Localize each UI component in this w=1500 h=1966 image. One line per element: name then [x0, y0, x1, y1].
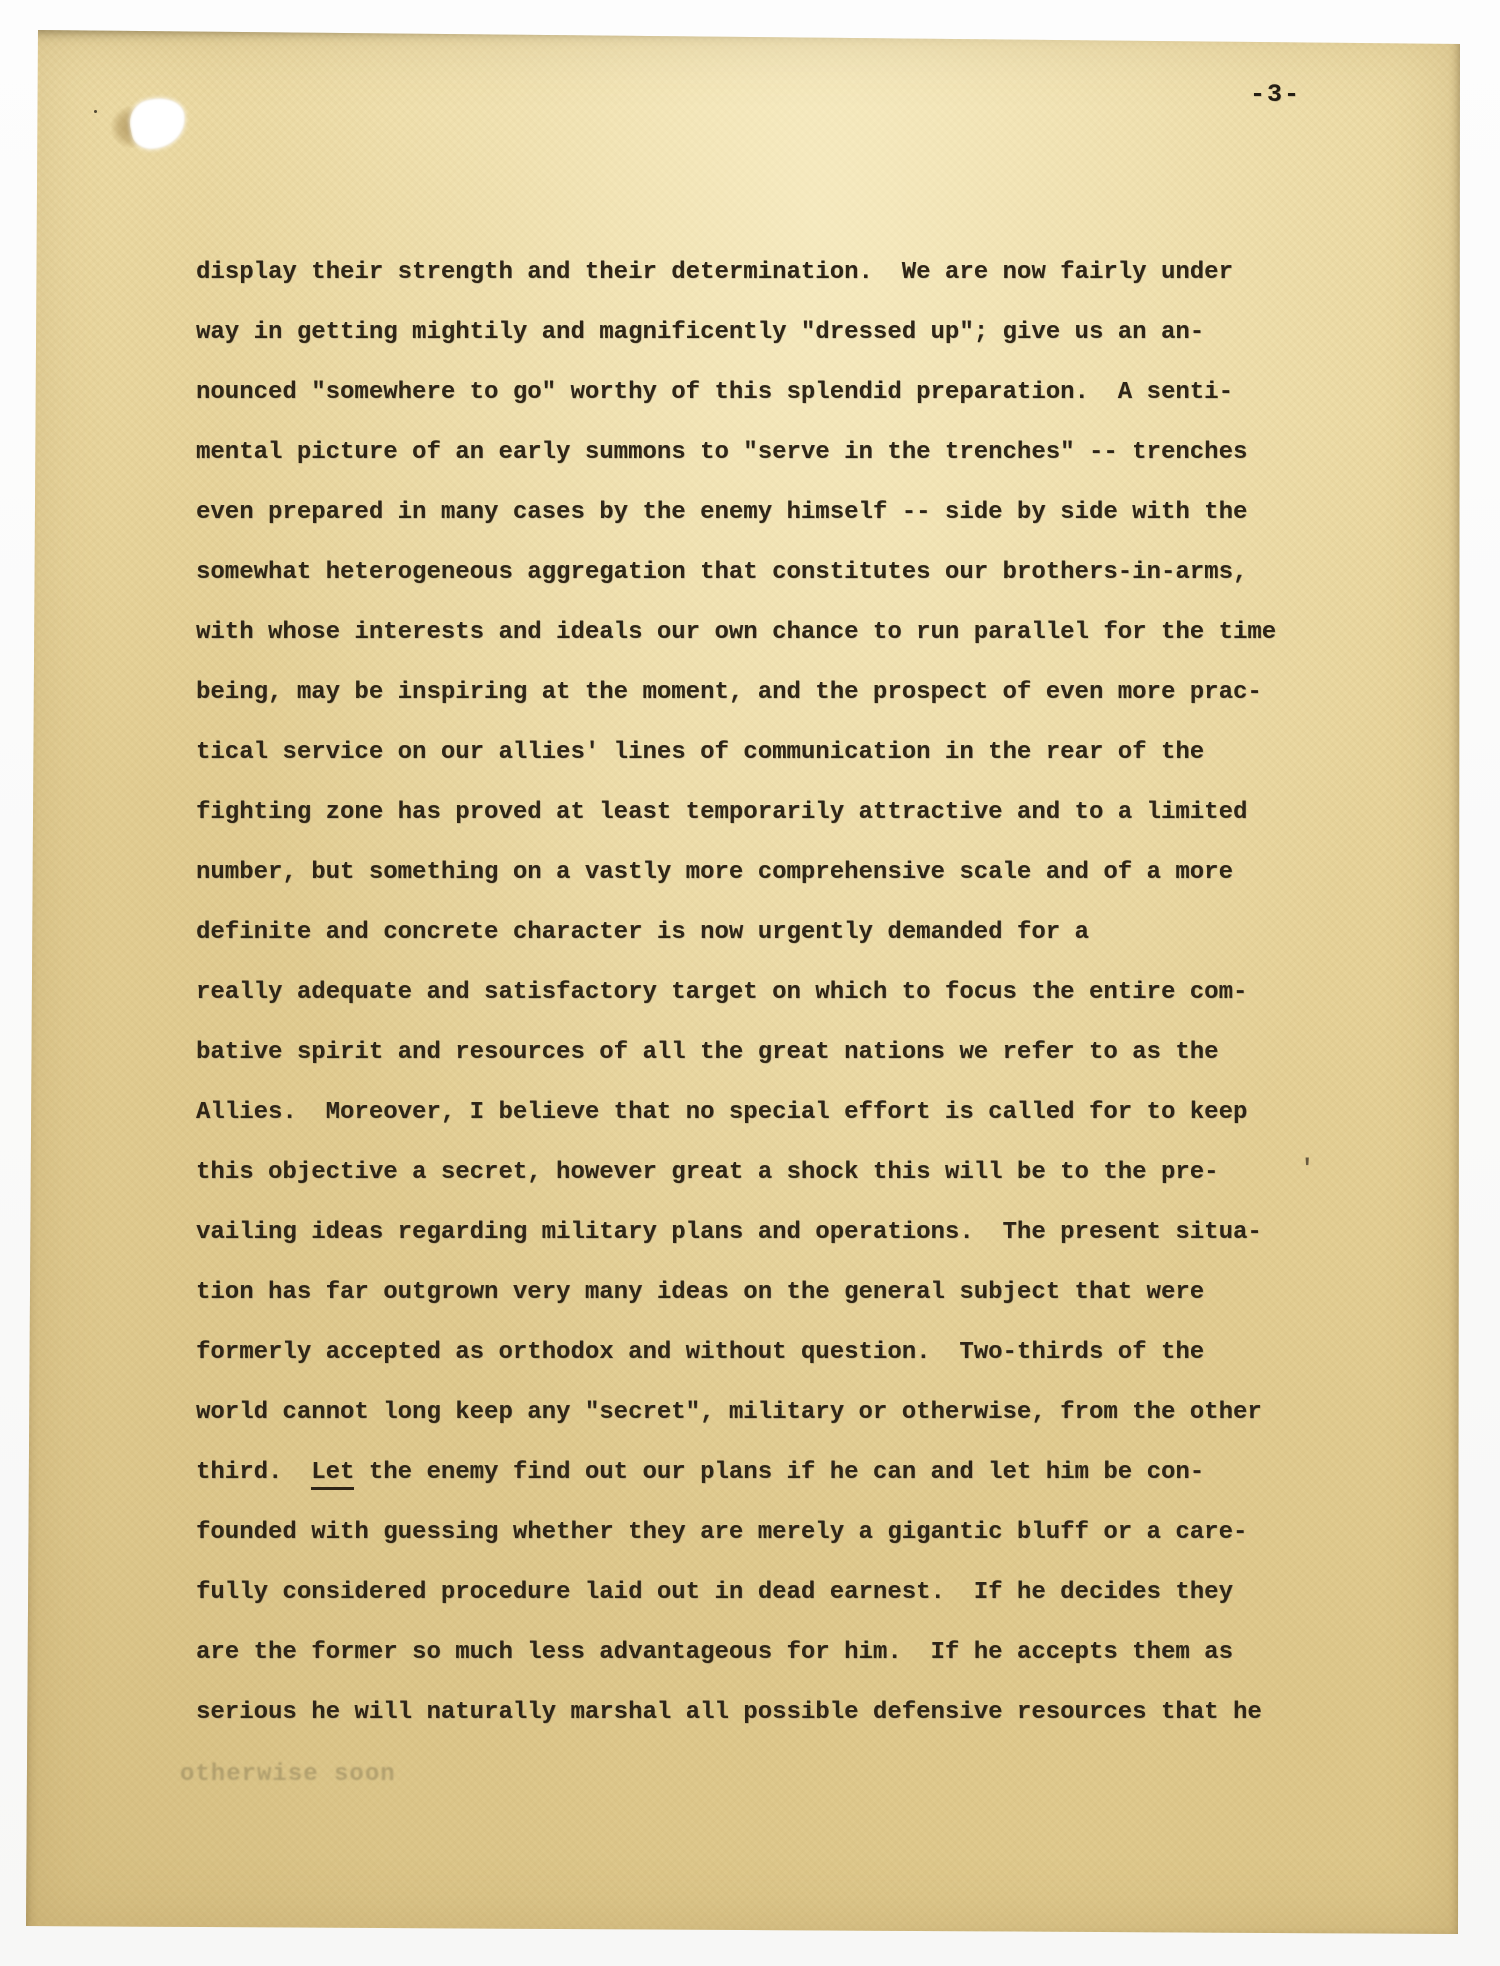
typed-line: way in getting mightily and magnificentl… [196, 303, 1336, 363]
scan-canvas: { "page": { "page_number": "-3-", "body_… [0, 0, 1500, 1966]
typed-line: nounced "somewhere to go" worthy of this… [196, 363, 1336, 423]
typed-line: definite and concrete character is now u… [196, 903, 1336, 963]
typed-line: mental picture of an early summons to "s… [196, 423, 1336, 483]
typed-line: display their strength and their determi… [196, 243, 1336, 303]
typed-line: this objective a secret, however great a… [196, 1143, 1336, 1203]
typed-line: serious he will naturally marshal all po… [196, 1683, 1336, 1743]
paper-sheet: -3- display their strength and their det… [26, 30, 1460, 1934]
underlined-word: Let [311, 1459, 354, 1490]
typed-line: tical service on our allies' lines of co… [196, 723, 1336, 783]
typed-line: somewhat heterogeneous aggregation that … [196, 543, 1336, 603]
typed-line: Allies. Moreover, I believe that no spec… [196, 1083, 1336, 1143]
typed-line: number, but something on a vastly more c… [196, 843, 1336, 903]
page-number: -3- [1250, 80, 1301, 109]
typed-line: with whose interests and ideals our own … [196, 603, 1336, 663]
typed-line: formerly accepted as orthodox and withou… [196, 1323, 1336, 1383]
typed-line: third. Let the enemy find out our plans … [196, 1443, 1336, 1503]
ghost-bleedthrough-text: otherwise soon [180, 1755, 396, 1795]
typed-line: fighting zone has proved at least tempor… [196, 783, 1336, 843]
typed-line: fully considered procedure laid out in d… [196, 1563, 1336, 1623]
typed-line: world cannot long keep any "secret", mil… [196, 1383, 1336, 1443]
typed-line: bative spirit and resources of all the g… [196, 1023, 1336, 1083]
stray-ink-mark: ' [1300, 1156, 1314, 1183]
typed-line: founded with guessing whether they are m… [196, 1503, 1336, 1563]
typed-text-block: display their strength and their determi… [196, 243, 1336, 1743]
typed-line: even prepared in many cases by the enemy… [196, 483, 1336, 543]
ink-speck [94, 110, 97, 113]
typed-line: vailing ideas regarding military plans a… [196, 1203, 1336, 1263]
typed-line: really adequate and satisfactory target … [196, 963, 1336, 1023]
typed-line: being, may be inspiring at the moment, a… [196, 663, 1336, 723]
typed-line: are the former so much less advantageous… [196, 1623, 1336, 1683]
typed-line: tion has far outgrown very many ideas on… [196, 1263, 1336, 1323]
